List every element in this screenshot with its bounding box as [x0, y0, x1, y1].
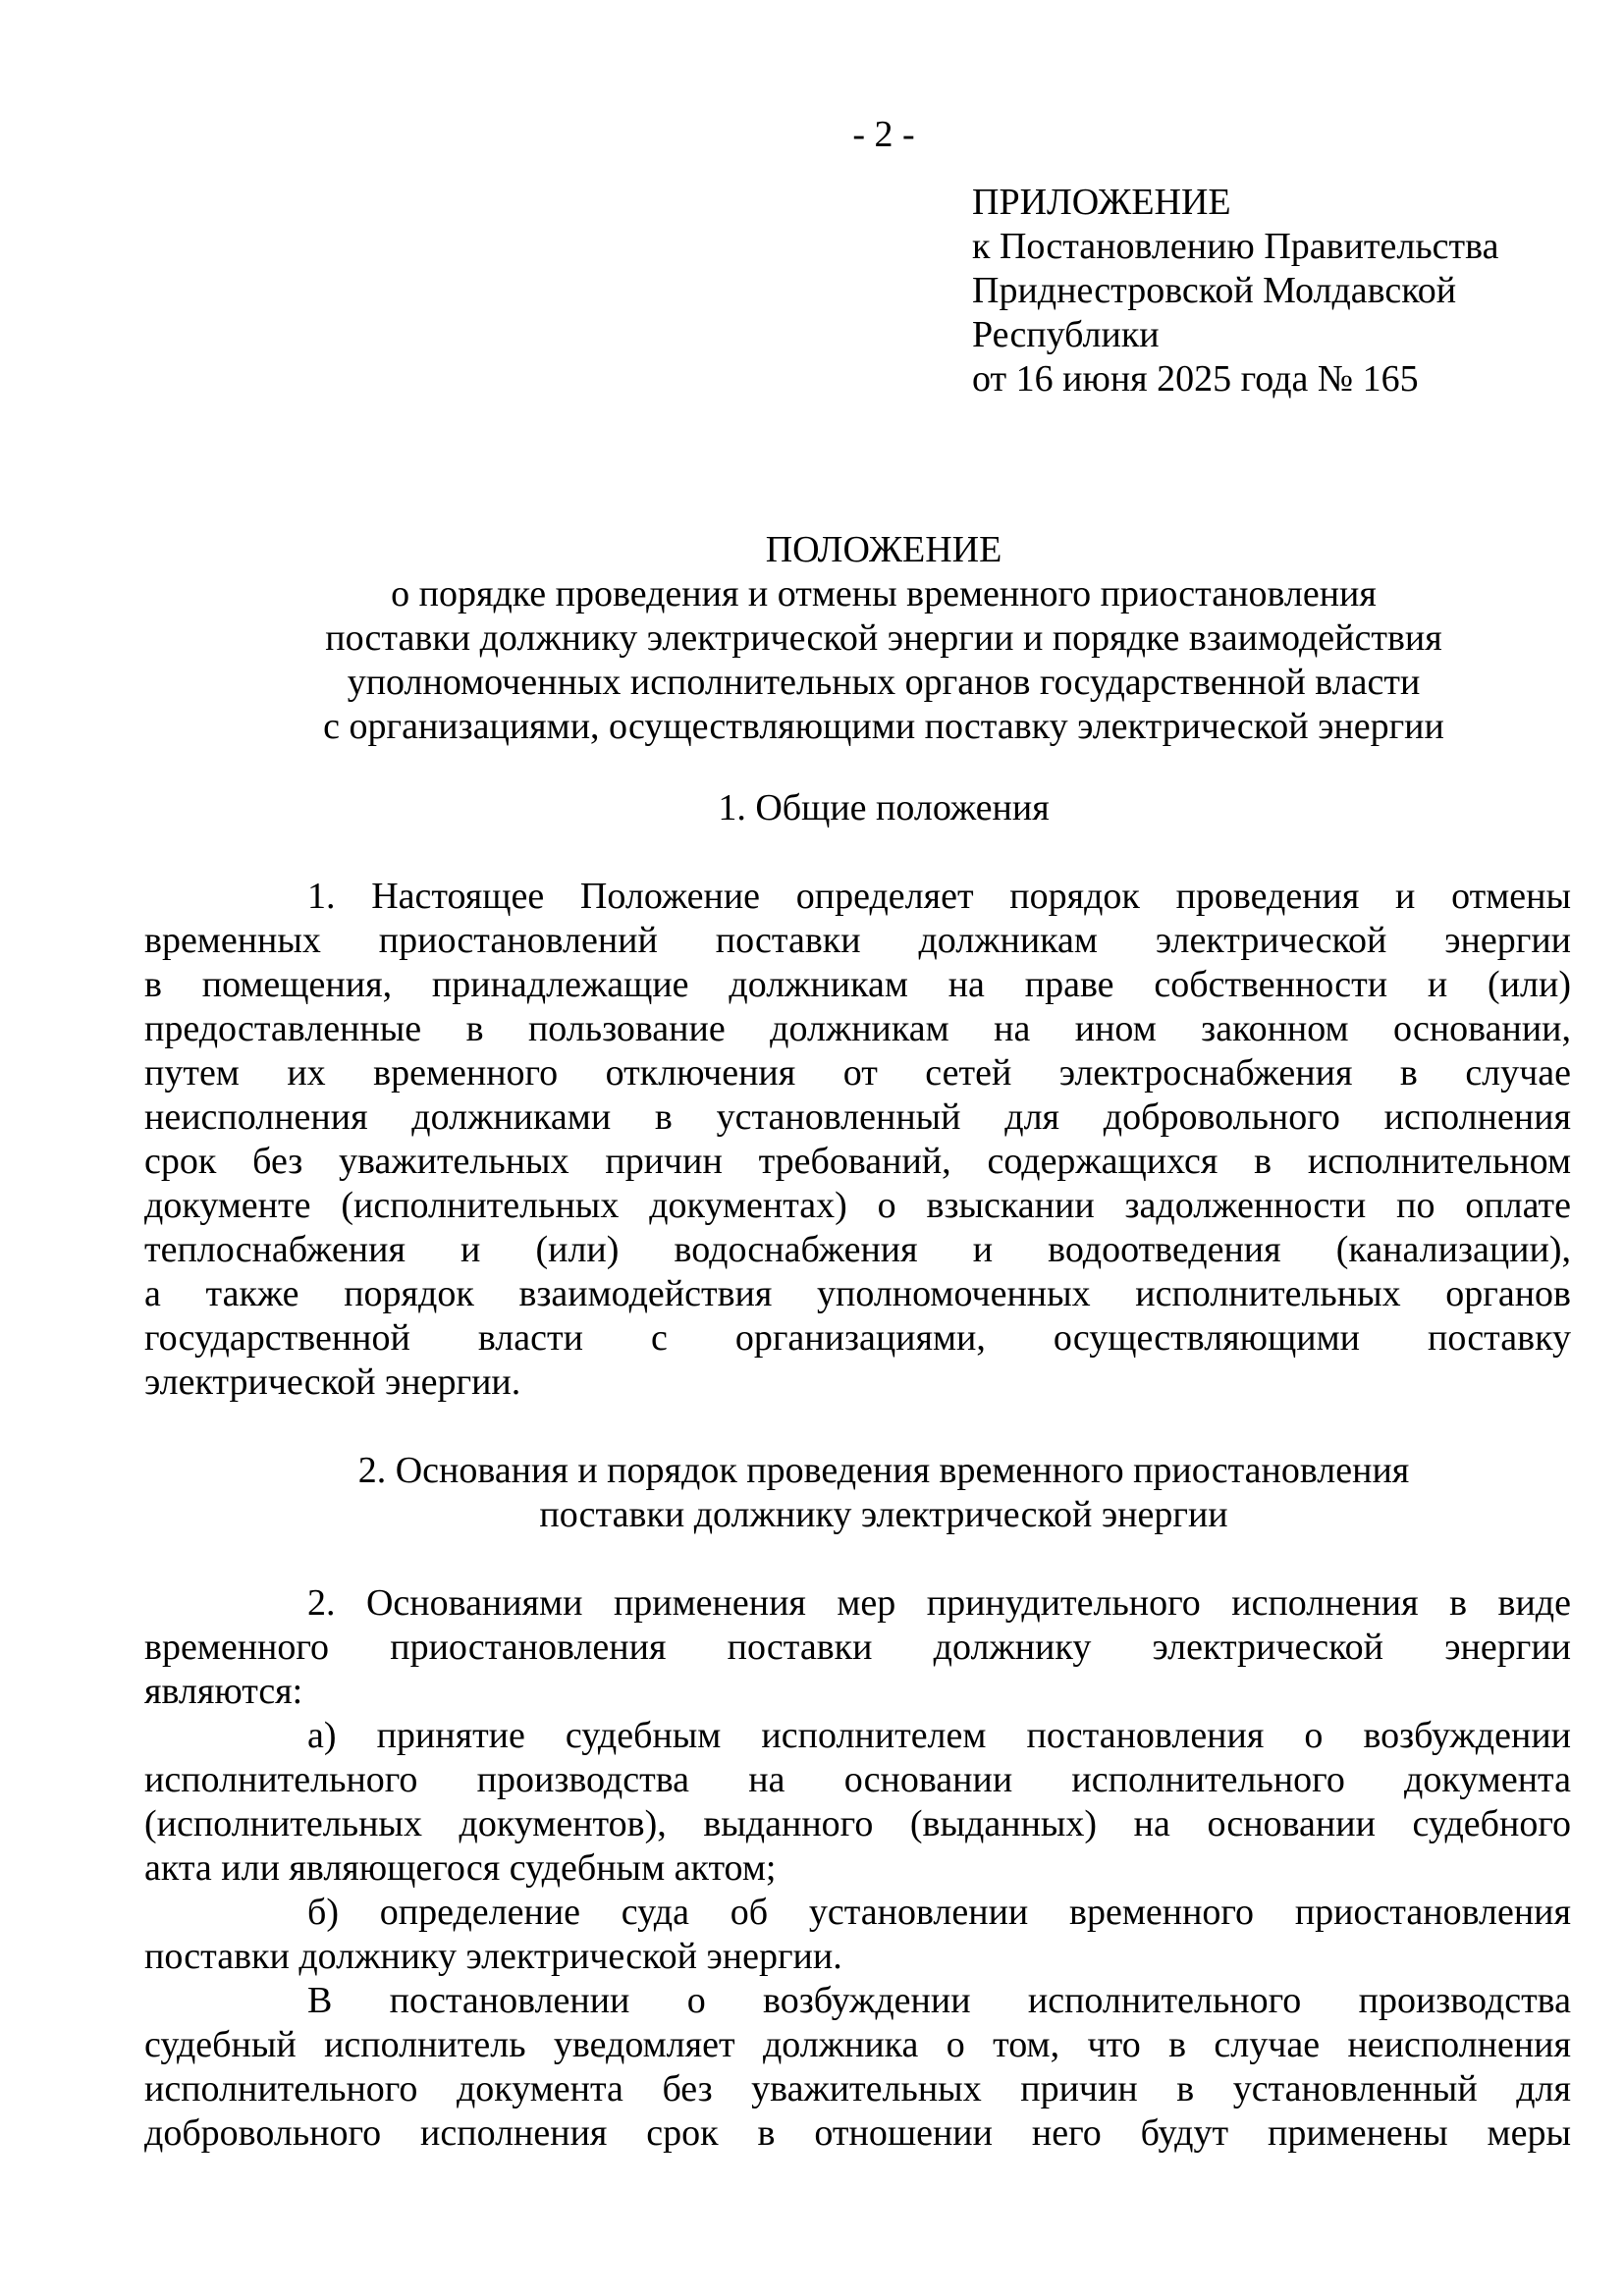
text-line: теплоснабжения и (или) водоснабжения и в…: [144, 1228, 1571, 1272]
title-line: с организациями, осуществляющими поставк…: [196, 705, 1571, 749]
heading-line: поставки должнику электрической энергии: [196, 1493, 1571, 1537]
paragraph-2: 2. Основаниями применения мер принудител…: [144, 1581, 1571, 1714]
page-content: - 2 - ПРИЛОЖЕНИЕк Постановлению Правител…: [0, 0, 1624, 2156]
annex-block: ПРИЛОЖЕНИЕк Постановлению ПравительстваП…: [972, 181, 1571, 401]
text-line: судебный исполнитель уведомляет должника…: [144, 2023, 1571, 2067]
text-line: поставки должнику электрической энергии.: [144, 1935, 1571, 1979]
text-line: а также порядок взаимодействия уполномоч…: [144, 1272, 1571, 1316]
text-line: исполнительного документа без уважительн…: [144, 2067, 1571, 2111]
text-line: являются:: [144, 1670, 1571, 1714]
list-item-a: а) принятие судебным исполнителем постан…: [144, 1714, 1571, 1891]
text-line: государственной власти с организациями, …: [144, 1316, 1571, 1361]
paragraph-1: 1. Настоящее Положение определяет порядо…: [144, 875, 1571, 1405]
text-line: добровольного исполнения срок в отношени…: [144, 2111, 1571, 2156]
text-line: временных приостановлений поставки должн…: [144, 919, 1571, 963]
title-line: поставки должнику электрической энергии …: [196, 616, 1571, 661]
list-item-b: б) определение суда об установлении врем…: [144, 1891, 1571, 1979]
text-line: 1. Настоящее Положение определяет порядо…: [144, 875, 1571, 919]
title-line: о порядке проведения и отмены временного…: [196, 572, 1571, 616]
text-line: документе (исполнительных документах) о …: [144, 1184, 1571, 1228]
text-line: электрической энергии.: [144, 1361, 1571, 1405]
document-title: ПОЛОЖЕНИЕо порядке проведения и отмены в…: [196, 528, 1571, 749]
text-line: 2. Основаниями применения мер принудител…: [144, 1581, 1571, 1626]
document-page: { "page": { "number_label": "- 2 -" }, "…: [0, 0, 1624, 2296]
title-line: ПОЛОЖЕНИЕ: [196, 528, 1571, 572]
page-number: - 2 -: [196, 113, 1571, 157]
text-line: путем их временного отключения от сетей …: [144, 1051, 1571, 1095]
text-line: а) принятие судебным исполнителем постан…: [144, 1714, 1571, 1758]
text-line: (исполнительных документов), выданного (…: [144, 1802, 1571, 1846]
annex-line: Приднестровской Молдавской: [972, 269, 1571, 313]
section-2-heading: 2. Основания и порядок проведения времен…: [196, 1449, 1571, 1537]
annex-line: Республики: [972, 313, 1571, 357]
section-2-body: 2. Основаниями применения мер принудител…: [144, 1581, 1571, 2156]
text-line: предоставленные в пользование должникам …: [144, 1007, 1571, 1051]
heading-line: 2. Основания и порядок проведения времен…: [196, 1449, 1571, 1493]
paragraph-3: В постановлении о возбуждении исполнител…: [144, 1979, 1571, 2156]
text-line: срок без уважительных причин требований,…: [144, 1140, 1571, 1184]
text-line: неисполнения должниками в установленный …: [144, 1095, 1571, 1140]
text-line: В постановлении о возбуждении исполнител…: [144, 1979, 1571, 2023]
text-line: акта или являющегося судебным актом;: [144, 1846, 1571, 1891]
text-line: в помещения, принадлежащие должникам на …: [144, 963, 1571, 1007]
text-line: временного приостановления поставки долж…: [144, 1626, 1571, 1670]
annex-line: от 16 июня 2025 года № 165: [972, 357, 1571, 401]
annex-line: к Постановлению Правительства: [972, 225, 1571, 269]
text-line: исполнительного производства на основани…: [144, 1758, 1571, 1802]
section-1-heading: 1. Общие положения: [196, 786, 1571, 830]
annex-line: ПРИЛОЖЕНИЕ: [972, 181, 1571, 225]
text-line: б) определение суда об установлении врем…: [144, 1891, 1571, 1935]
title-line: уполномоченных исполнительных органов го…: [196, 661, 1571, 705]
